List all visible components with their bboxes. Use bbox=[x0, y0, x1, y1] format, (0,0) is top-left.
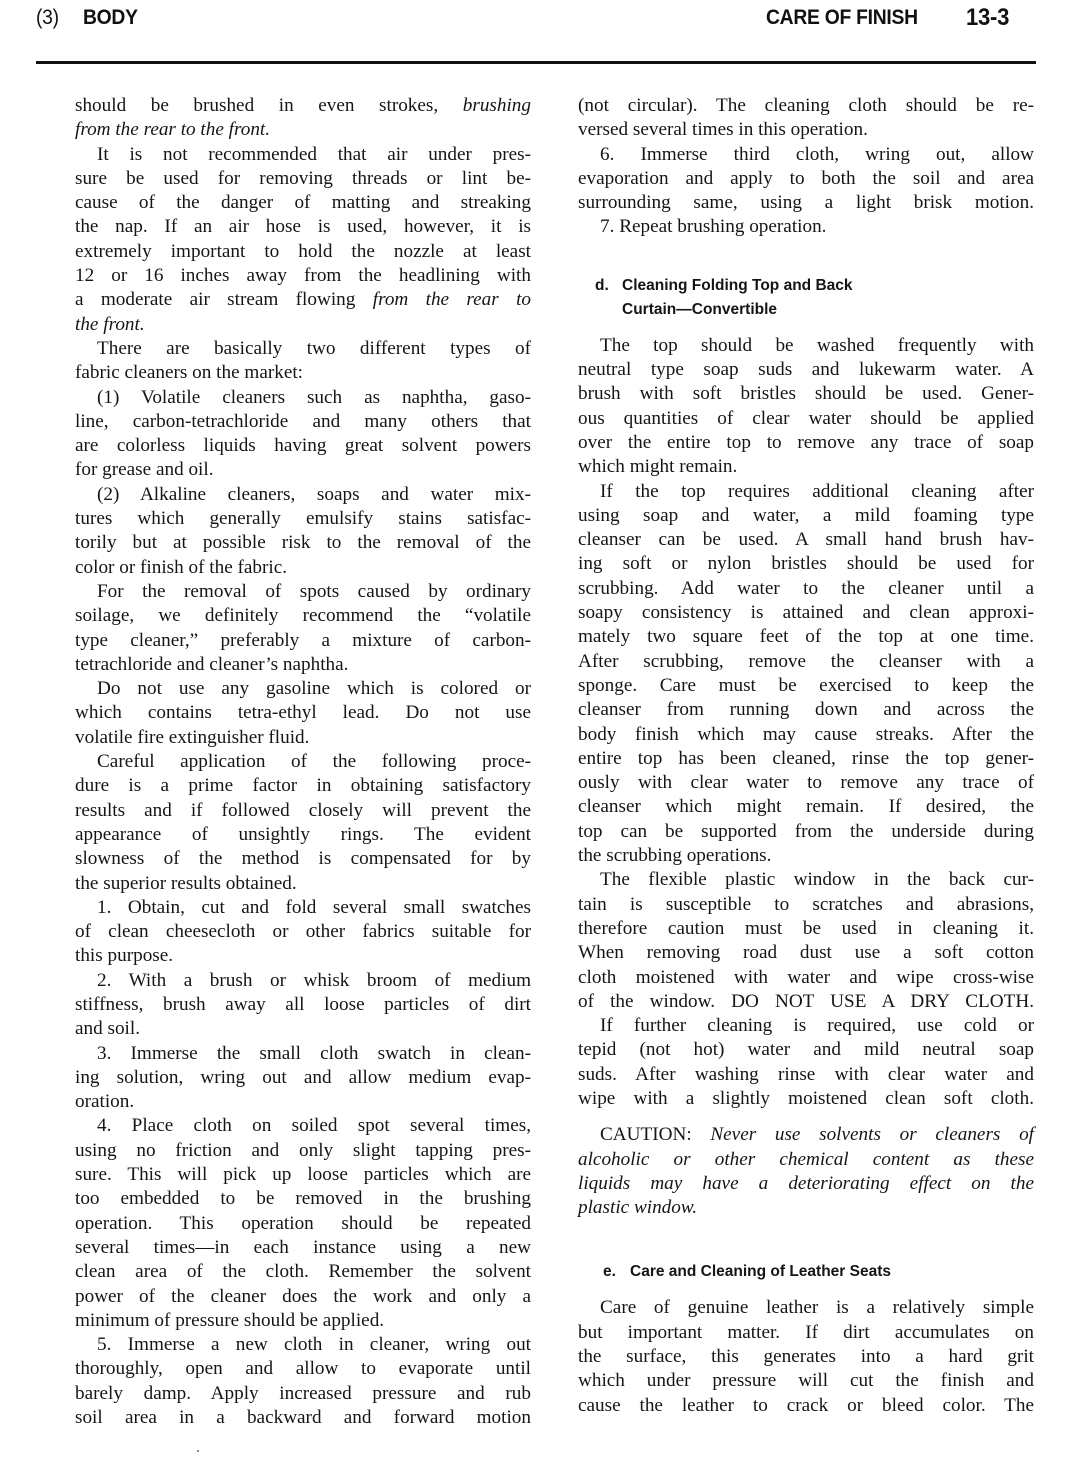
text-line: power of the cleaner does the work and o… bbox=[75, 1285, 531, 1309]
text-line: are colorless liquids having great solve… bbox=[75, 434, 531, 458]
scan-speck bbox=[197, 1450, 199, 1452]
step-2: 2. With a brush or whisk broom of medium bbox=[75, 969, 531, 993]
text-line: entire top has been cleaned, rinse the t… bbox=[578, 747, 1034, 771]
text-line: operation. This operation should be repe… bbox=[75, 1212, 531, 1236]
section-d-heading: d.Cleaning Folding Top and Back Curtain—… bbox=[578, 274, 1034, 322]
text-line: versed several times in this operation. bbox=[578, 118, 1034, 142]
text-line: mately two square feet of the top at one… bbox=[578, 625, 1034, 649]
text-line: cleanser can be used. A small hand brush… bbox=[578, 528, 1034, 552]
text-line: ing solution, wring out and allow medium… bbox=[75, 1066, 531, 1090]
text-line: minimum of pressure should be applied. bbox=[75, 1309, 531, 1333]
text-line: barely damp. Apply increased pressure an… bbox=[75, 1382, 531, 1406]
text-line: results and if followed closely will pre… bbox=[75, 799, 531, 823]
text-line: surrounding same, using a light brisk mo… bbox=[578, 191, 1034, 215]
text-line: from the rear to the front. bbox=[75, 118, 531, 142]
text-line: too embedded to be removed in the brushi… bbox=[75, 1187, 531, 1211]
paragraph-start: For the removal of spots caused by ordin… bbox=[75, 580, 531, 604]
spacer bbox=[578, 1220, 1034, 1260]
text-line: soilage, we definitely recommend the “vo… bbox=[75, 604, 531, 628]
text-line: clean area of the cloth. Remember the so… bbox=[75, 1260, 531, 1284]
spacer bbox=[578, 240, 1034, 274]
header-section-number: (3) bbox=[36, 6, 59, 30]
text-line: body finish which may cause streaks. Aft… bbox=[578, 723, 1034, 747]
header-page-number: 13-3 bbox=[966, 4, 1009, 32]
text-line: dure is a prime factor in obtaining sati… bbox=[75, 774, 531, 798]
step-4: 4. Place cloth on soiled spot several ti… bbox=[75, 1114, 531, 1138]
text-line: over the entire top to remove any trace … bbox=[578, 431, 1034, 455]
text-line: color or finish of the fabric. bbox=[75, 556, 531, 580]
text-line: ous quantities of clear water should be … bbox=[578, 407, 1034, 431]
text-line: line, carbon-tetrachloride and many othe… bbox=[75, 410, 531, 434]
left-column: should be brushed in even strokes, brush… bbox=[75, 94, 531, 1430]
text-line: several times—in each instance using a n… bbox=[75, 1236, 531, 1260]
text-line: neutral type soap suds and lukewarm wate… bbox=[578, 358, 1034, 382]
text-line: thoroughly, open and allow to evaporate … bbox=[75, 1357, 531, 1381]
text-line: the superior results obtained. bbox=[75, 872, 531, 896]
text-line: cause of the danger of matting and strea… bbox=[75, 191, 531, 215]
text-line: wipe with a slightly moistened clean sof… bbox=[578, 1087, 1034, 1111]
text-line: scrubbing. Add water to the cleaner unti… bbox=[578, 577, 1034, 601]
text-line: the scrubbing operations. bbox=[578, 844, 1034, 868]
text-line: cloth moistened with water and wipe cros… bbox=[578, 966, 1034, 990]
text-line: but important matter. If dirt accumulate… bbox=[578, 1321, 1034, 1345]
section-title: Cleaning Folding Top and Back bbox=[622, 277, 853, 294]
text-line: slowness of the method is compensated fo… bbox=[75, 847, 531, 871]
caution-line: CAUTION: Never use solvents or cleaners … bbox=[578, 1123, 1034, 1147]
text-line: of clean cheesecloth or other fabrics su… bbox=[75, 920, 531, 944]
text-line: suds. After washing rinse with clear wat… bbox=[578, 1063, 1034, 1087]
text-line: soapy consistency is attained and clean … bbox=[578, 601, 1034, 625]
text-line: oration. bbox=[75, 1090, 531, 1114]
list-item-2: (2) Alkaline cleaners, soaps and water m… bbox=[75, 483, 531, 507]
paragraph-start: Careful application of the following pro… bbox=[75, 750, 531, 774]
step-3: 3. Immerse the small cloth swatch in cle… bbox=[75, 1042, 531, 1066]
text-line: (not circular). The cleaning cloth shoul… bbox=[578, 94, 1034, 118]
text-line: the nap. If an air hose is used, however… bbox=[75, 215, 531, 239]
text-line: a moderate air stream flowing from the r… bbox=[75, 288, 531, 312]
section-title-continued: Curtain—Convertible bbox=[578, 298, 1034, 322]
text-line: ing soft or nylon bristles should be use… bbox=[578, 552, 1034, 576]
text-line: fabric cleaners on the market: bbox=[75, 361, 531, 385]
text-line: for grease and oil. bbox=[75, 458, 531, 482]
text-line: After scrubbing, remove the cleanser wit… bbox=[578, 650, 1034, 674]
text-line: tepid (not hot) water and mild neutral s… bbox=[578, 1038, 1034, 1062]
step-1: 1. Obtain, cut and fold several small sw… bbox=[75, 896, 531, 920]
header-rule bbox=[36, 61, 1036, 64]
step-7: 7. Repeat brushing operation. bbox=[578, 215, 1034, 239]
text-line: sponge. Care must be exercised to keep t… bbox=[578, 674, 1034, 698]
text-line: cause the leather to crack or bleed colo… bbox=[578, 1394, 1034, 1418]
text-line: evaporation and apply to both the soil a… bbox=[578, 167, 1034, 191]
caution-line: liquids may have a deteriorating effect … bbox=[578, 1172, 1034, 1196]
text-line: torily but at possible risk to the remov… bbox=[75, 531, 531, 555]
paragraph-start: Do not use any gasoline which is colored… bbox=[75, 677, 531, 701]
section-title: Care and Cleaning of Leather Seats bbox=[630, 1263, 891, 1280]
step-5: 5. Immerse a new cloth in cleaner, wring… bbox=[75, 1333, 531, 1357]
text-line: sure be used for removing threads or lin… bbox=[75, 167, 531, 191]
spacer bbox=[578, 1284, 1034, 1296]
text-line: cleanser which might remain. If desired,… bbox=[578, 795, 1034, 819]
text-line: extremely important to hold the nozzle a… bbox=[75, 240, 531, 264]
text-line: the surface, this generates into a hard … bbox=[578, 1345, 1034, 1369]
paragraph-start: If the top requires additional cleaning … bbox=[578, 480, 1034, 504]
paragraph-start: It is not recommended that air under pre… bbox=[75, 143, 531, 167]
section-label: e. bbox=[603, 1260, 630, 1284]
text-line: tures which generally emulsify stains sa… bbox=[75, 507, 531, 531]
header-section-title: CARE OF FINISH bbox=[766, 6, 918, 30]
right-column: (not circular). The cleaning cloth shoul… bbox=[578, 94, 1034, 1418]
text-line: appearance of unsightly rings. The evide… bbox=[75, 823, 531, 847]
section-e-heading: e.Care and Cleaning of Leather Seats bbox=[578, 1260, 1034, 1284]
text-line: tain is susceptible to scratches and abr… bbox=[578, 893, 1034, 917]
text-line: and soil. bbox=[75, 1017, 531, 1041]
paragraph-start: There are basically two different types … bbox=[75, 337, 531, 361]
text-line: When removing road dust use a soft cotto… bbox=[578, 941, 1034, 965]
step-6: 6. Immerse third cloth, wring out, allow bbox=[578, 143, 1034, 167]
text-line: soil area in a backward and forward moti… bbox=[75, 1406, 531, 1430]
text-line: stiffness, brush away all loose particle… bbox=[75, 993, 531, 1017]
paragraph-start: Care of genuine leather is a relatively … bbox=[578, 1296, 1034, 1320]
text-line: which contains tetra-ethyl lead. Do not … bbox=[75, 701, 531, 725]
text-line: brush with soft bristles should be used.… bbox=[578, 382, 1034, 406]
text-line: which under pressure will cut the finish… bbox=[578, 1369, 1034, 1393]
text-line: cleanser from running down and across th… bbox=[578, 698, 1034, 722]
caution-label: CAUTION: bbox=[600, 1124, 692, 1145]
text-line: using soap and water, a mild foaming typ… bbox=[578, 504, 1034, 528]
text-line: 12 or 16 inches away from the headlining… bbox=[75, 264, 531, 288]
caution-note: CAUTION: Never use solvents or cleaners … bbox=[578, 1123, 1034, 1220]
spacer bbox=[578, 322, 1034, 334]
header-chapter: BODY bbox=[83, 6, 138, 30]
text-line: the front. bbox=[75, 313, 531, 337]
text-line: top can be supported from the underside … bbox=[578, 820, 1034, 844]
paragraph-start: The flexible plastic window in the back … bbox=[578, 868, 1034, 892]
text-line: sure. This will pick up loose particles … bbox=[75, 1163, 531, 1187]
section-label: d. bbox=[595, 274, 622, 298]
list-item-1: (1) Volatile cleaners such as naphtha, g… bbox=[75, 386, 531, 410]
text-line: should be brushed in even strokes, brush… bbox=[75, 94, 531, 118]
paragraph-start: The top should be washed frequently with bbox=[578, 334, 1034, 358]
caution-line: alcoholic or other chemical content as t… bbox=[578, 1148, 1034, 1172]
caution-line: plastic window. bbox=[578, 1196, 1034, 1220]
text-line: using no friction and only slight tappin… bbox=[75, 1139, 531, 1163]
spacer bbox=[578, 1111, 1034, 1123]
text-line: of the window. DO NOT USE A DRY CLOTH. bbox=[578, 990, 1034, 1014]
text-line: this purpose. bbox=[75, 944, 531, 968]
text-line: ously with clear water to remove any tra… bbox=[578, 771, 1034, 795]
text-line: which might remain. bbox=[578, 455, 1034, 479]
text-line: tetrachloride and cleaner’s naphtha. bbox=[75, 653, 531, 677]
text-line: volatile fire extinguisher fluid. bbox=[75, 726, 531, 750]
text-line: type cleaner,” preferably a mixture of c… bbox=[75, 629, 531, 653]
text-line: therefore caution must be used in cleani… bbox=[578, 917, 1034, 941]
paragraph-start: If further cleaning is required, use col… bbox=[578, 1014, 1034, 1038]
